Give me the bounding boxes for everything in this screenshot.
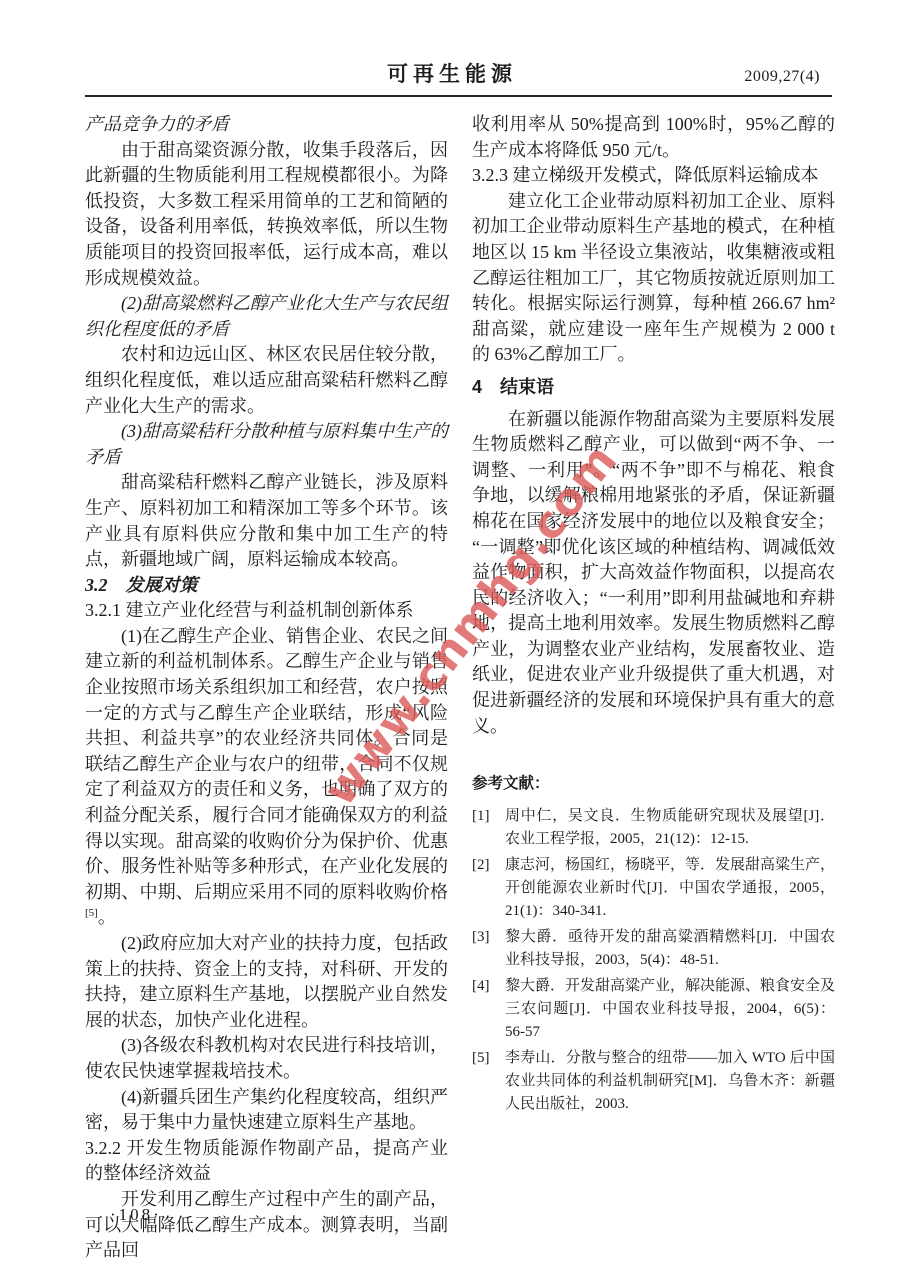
item-heading-3: (3)甜高粱秸秆分散种植与原料集中生产的矛盾	[85, 419, 448, 470]
two-column-body: 产品竞争力的矛盾 由于甜高粱资源分散，收集手段落后，因此新疆的生物质能利用工程规…	[85, 112, 835, 1262]
reference-text: 周中仁，吴文良．生物质能研究现状及展望[J]．农业工程学报，2005，21(12…	[505, 805, 835, 851]
reference-label: [5]	[472, 1047, 496, 1116]
paragraph: 收利用率从 50%提高到 100%时，95%乙醇的生产成本将降低 950 元/t…	[472, 112, 835, 163]
item-heading-2: (2)甜高粱燃料乙醇产业化大生产与农民组织化程度低的矛盾	[85, 291, 448, 342]
reference-label: [2]	[472, 854, 496, 923]
section-heading-3-2-3: 3.2.3 建立梯级开发模式，降低原料运输成本	[472, 163, 835, 189]
paragraph: 建立化工企业带动原料初加工企业、原料初加工企业带动原料生产基地的模式，在种植地区…	[472, 189, 835, 368]
header-rule	[85, 95, 832, 97]
paragraph: (3)各级农科教机构对农民进行科技培训，使农民快速掌握栽培技术。	[85, 1033, 448, 1084]
reference-item: [5] 李寿山．分散与整合的纽带——加入 WTO 后中国农业共同体的利益机制研究…	[472, 1047, 835, 1116]
reference-text: 黎大爵．亟待开发的甜高粱酒精燃料[J]．中国农业科技导报，2003，5(4)：4…	[505, 926, 835, 972]
reference-item: [2] 康志河，杨国红，杨晓平，等．发展甜高粱生产，开创能源农业新时代[J]．中…	[472, 854, 835, 923]
paragraph: 甜高粱秸秆燃料乙醇产业链长，涉及原料生产、原料初加工和精深加工等多个环节。该产业…	[85, 470, 448, 572]
reference-item: [4] 黎大爵．开发甜高粱产业，解决能源、粮食安全及三农问题[J]．中国农业科技…	[472, 975, 835, 1044]
paragraph: 农村和边远山区、林区农民居住较分散，组织化程度低，难以适应甜高粱秸秆燃料乙醇产业…	[85, 342, 448, 419]
citation-superscript: [5]	[85, 907, 98, 919]
paragraph-text: 。	[98, 907, 116, 927]
left-column: 产品竞争力的矛盾 由于甜高粱资源分散，收集手段落后，因此新疆的生物质能利用工程规…	[85, 112, 448, 1262]
paragraph: 在新疆以能源作物甜高粱为主要原料发展生物质燃料乙醇产业，可以做到“两不争、一调整…	[472, 407, 835, 740]
references-heading: 参考文献：	[472, 771, 835, 797]
reference-text: 康志河，杨国红，杨晓平，等．发展甜高粱生产，开创能源农业新时代[J]．中国农学通…	[505, 854, 835, 923]
reference-label: [3]	[472, 926, 496, 972]
reference-item: [3] 黎大爵．亟待开发的甜高粱酒精燃料[J]．中国农业科技导报，2003，5(…	[472, 926, 835, 972]
paragraph: (4)新疆兵团生产集约化程度较高，组织严密，易于集中力量快速建立原料生产基地。	[85, 1085, 448, 1136]
reference-text: 黎大爵．开发甜高粱产业，解决能源、粮食安全及三农问题[J]．中国农业科技导报，2…	[505, 975, 835, 1044]
paragraph: (2)政府应加大对产业的扶持力度，包括政策上的扶持、资金上的支持，对科研、开发的…	[85, 931, 448, 1033]
reference-text: 李寿山．分散与整合的纽带——加入 WTO 后中国农业共同体的利益机制研究[M]．…	[505, 1047, 835, 1116]
issue-number: 2009,27(4)	[744, 68, 820, 86]
section-heading-3-2-1: 3.2.1 建立产业化经营与利益机制创新体系	[85, 598, 448, 624]
paragraph: 由于甜高粱资源分散，收集手段落后，因此新疆的生物质能利用工程规模都很小。为降低投…	[85, 138, 448, 292]
reference-item: [1] 周中仁，吴文良．生物质能研究现状及展望[J]．农业工程学报，2005，2…	[472, 805, 835, 851]
paragraph: (1)在乙醇生产企业、销售企业、农民之间建立新的利益机制体系。乙醇生产企业与销售…	[85, 624, 448, 931]
journal-page: 可再生能源 2009,27(4) www.cnmhg.com 产品竞争力的矛盾 …	[0, 0, 904, 1262]
carryover-heading: 产品竞争力的矛盾	[85, 112, 448, 138]
paragraph-text: (1)在乙醇生产企业、销售企业、农民之间建立新的利益机制体系。乙醇生产企业与销售…	[85, 626, 448, 902]
section-heading-4: 4 结束语	[472, 375, 835, 401]
reference-label: [1]	[472, 805, 496, 851]
section-heading-3-2: 3.2 发展对策	[85, 573, 448, 599]
reference-label: [4]	[472, 975, 496, 1044]
right-column: 收利用率从 50%提高到 100%时，95%乙醇的生产成本将降低 950 元/t…	[472, 112, 835, 1262]
page-number: ·108·	[110, 1205, 162, 1225]
section-heading-3-2-2: 3.2.2 开发生物质能源作物副产品，提高产业的整体经济效益	[85, 1136, 448, 1187]
references-section: 参考文献： [1] 周中仁，吴文良．生物质能研究现状及展望[J]．农业工程学报，…	[472, 771, 835, 1116]
